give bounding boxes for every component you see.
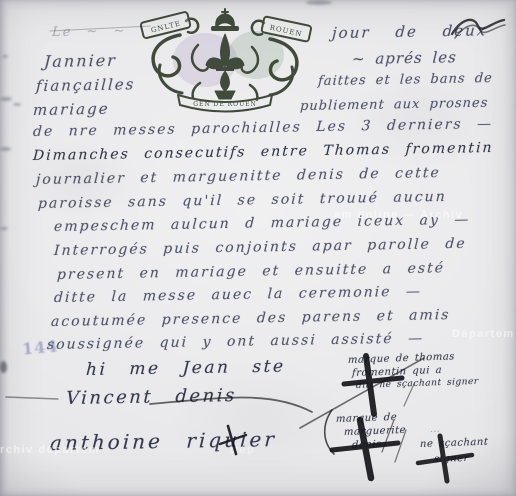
stamp-bottom-banner-label: GEN DE ROUEN <box>193 101 257 108</box>
side-mark-line: ne sçachant <box>420 437 489 450</box>
watermark-fragment: am online — Archiv <box>334 209 463 221</box>
manuscript-line: publiement aux prosnes <box>300 96 489 114</box>
watermark-fragment: rchiv départem <box>0 444 100 456</box>
paper-smudge <box>0 227 8 230</box>
groom-mark-line: ditt ne sçachant signer <box>356 377 479 391</box>
signature-flourish <box>6 397 58 399</box>
groom-mark-line: fromentin qui a <box>352 365 442 379</box>
manuscript-line: Interrogés puis conjoints apar parolle d… <box>54 236 468 259</box>
bride-mark-line: marque de <box>336 412 397 425</box>
signature-witness: Vincent denis <box>65 385 237 409</box>
generalite-rouen-stamp-icon: GNLTE ROUEN GEN DE ROUEN <box>120 5 330 117</box>
manuscript-line: present en mariage et ensuitte a esté <box>57 260 446 283</box>
paper-smudge <box>2 55 8 58</box>
paper-smudge <box>306 0 332 5</box>
manuscript-line: journalier et marguenitte denis de cette <box>36 165 442 188</box>
manuscript-line: acoutumée presence des parens et amis <box>51 307 451 330</box>
brace-mark <box>325 410 334 454</box>
folio-number: 144 <box>21 336 59 358</box>
side-mark-line: signer <box>434 453 469 465</box>
manuscript-line: fiançailles <box>36 75 136 95</box>
groom-mark-line: marque de thomas <box>348 351 455 366</box>
manuscript-line: ~ aprés les <box>352 48 458 68</box>
bride-mark-line: denis <box>352 439 382 451</box>
paper-smudge <box>0 147 11 151</box>
manuscript-line: jour de deux <box>332 21 488 42</box>
side-mark-line: … <box>430 424 441 435</box>
paper-smudge <box>13 103 21 106</box>
manuscript-line: Dimanches consecutifs entre Thomas frome… <box>33 140 494 164</box>
paper-smudge <box>0 361 7 373</box>
bride-mark-line: marguerite <box>344 425 406 438</box>
manuscript-line: Jannier <box>44 51 118 71</box>
manuscript-line: mariage <box>33 100 111 119</box>
manuscript-line: faittes et les bans de <box>318 71 494 89</box>
watermark-fragment: Départem <box>452 328 515 340</box>
paper-smudge <box>0 97 12 101</box>
manuscript-line: Le ~ ~ <box>52 24 127 40</box>
watermark-fragment: Dép <box>230 444 255 456</box>
signature-priest: hi me Jean ste <box>85 357 286 380</box>
manuscript-line: soussignée qui y ont aussi assisté — <box>47 330 425 353</box>
manuscript-page: GNLTE ROUEN GEN DE ROUEN Le ~ ~ jour de … <box>0 0 516 496</box>
manuscript-line: de nre messes parochialles Les 3 dernier… <box>33 116 494 140</box>
manuscript-line: ditte la messe auec la ceremonie — <box>54 284 423 306</box>
